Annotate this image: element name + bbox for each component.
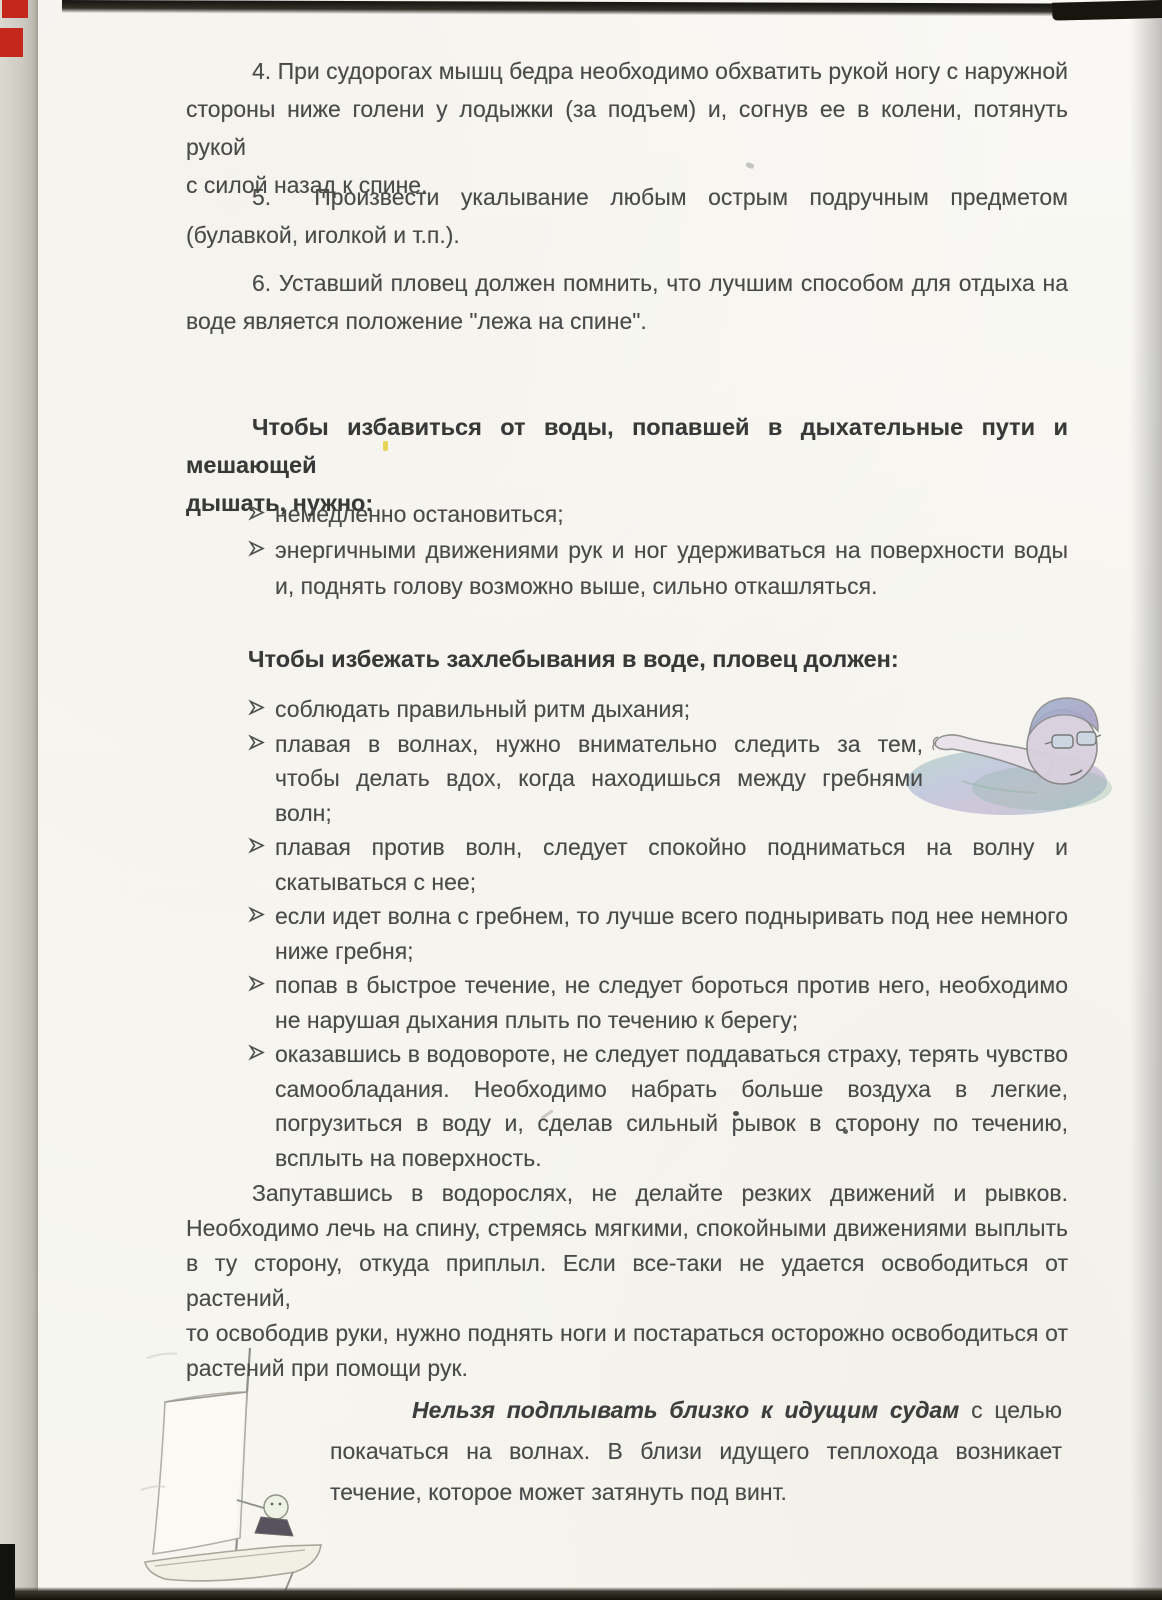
heading-line: Чтобы избавиться от воды, попавшей в дых… — [186, 408, 1068, 484]
red-mark-icon — [0, 28, 23, 57]
paragraph-pin-prick: 5. Произвести укалывание любым острым по… — [186, 178, 1068, 254]
list-item: плавая против волн, следует спокойно под… — [248, 830, 1068, 899]
arrow-bullet-icon — [248, 532, 275, 562]
scan-edge-top — [62, 0, 1162, 17]
list-item: оказавшись в водовороте, не следует подд… — [248, 1037, 1068, 1175]
red-mark-icon — [2, 0, 28, 18]
text-line: энергичными движениями рук и ног удержив… — [275, 532, 1068, 568]
list-avoid-choking: соблюдать правильный ритм дыхания; плава… — [248, 692, 1068, 1175]
text-line: (булавкой, иголкой и т.п.). — [186, 216, 1068, 254]
list-item: соблюдать правильный ритм дыхания; — [248, 692, 1068, 727]
text-line: 5. Произвести укалывание любым острым по… — [186, 178, 1068, 216]
text-line: течение, которое может затянуть под винт… — [330, 1472, 1062, 1513]
arrow-bullet-icon — [248, 496, 275, 526]
scan-edge-right — [1130, 0, 1162, 1600]
text-line: не нарушая дыхания плыть по течению к бе… — [275, 1003, 1068, 1038]
list-clear-airways: немедленно остановиться; энергичными дви… — [248, 496, 1068, 604]
list-item: плавая в волнах, нужно внимательно следи… — [248, 727, 1068, 831]
scan-edge-bottom — [0, 1587, 1162, 1600]
scanned-document-page: 4. При судорогах мышц бедра необходимо о… — [0, 0, 1162, 1600]
text-line: ниже гребня; — [275, 934, 1068, 969]
text-line: плавая в волнах, нужно внимательно следи… — [275, 727, 923, 762]
ships-warning-emphasis: Нельзя подплывать близко к идущим судам — [412, 1397, 959, 1423]
ships-warning-rest: с целью — [971, 1397, 1062, 1423]
heading-avoid-choking: Чтобы избежать захлебывания в воде, плов… — [248, 640, 1068, 678]
text-line: погрузиться в воду и, сделав сильный рыв… — [275, 1106, 1068, 1141]
text-line: немедленно остановиться; — [275, 496, 1068, 532]
scan-corner-bottom-left — [0, 1544, 15, 1600]
text-line: оказавшись в водовороте, не следует подд… — [275, 1037, 1068, 1072]
text-line: скатываться с нее; — [275, 865, 1068, 900]
text-line: 4. При судорогах мышц бедра необходимо о… — [186, 52, 1068, 90]
text-line: в ту сторону, откуда приплыл. Если все-т… — [186, 1246, 1068, 1316]
text-line: 6. Уставший пловец должен помнить, что л… — [186, 264, 1068, 302]
list-item: если идет волна с гребнем, то лучше всег… — [248, 899, 1068, 968]
list-item: энергичными движениями рук и ног удержив… — [248, 532, 1068, 604]
text-line: чтобы делать вдох, когда находишься межд… — [275, 761, 923, 796]
arrow-bullet-icon — [248, 968, 275, 997]
text-line: всплыть на поверхность. — [275, 1141, 1068, 1176]
scan-speck — [383, 441, 388, 451]
paragraph-rest-on-back: 6. Уставший пловец должен помнить, что л… — [186, 264, 1068, 340]
scan-speck — [733, 1111, 739, 1116]
paragraph-ships-warning: Нельзя подплывать близко к идущим судам … — [330, 1390, 1062, 1513]
text-line: растений при помощи рук. — [186, 1351, 1068, 1386]
text-line: Нельзя подплывать близко к идущим судам … — [330, 1390, 1062, 1431]
list-item: попав в быстрое течение, не следует боро… — [248, 968, 1068, 1037]
heading-line: Чтобы избежать захлебывания в воде, плов… — [248, 640, 1068, 678]
scan-speck — [843, 1129, 848, 1134]
text-line: соблюдать правильный ритм дыхания; — [275, 692, 1068, 727]
text-line: покачаться на волнах. В близи идущего те… — [330, 1431, 1062, 1472]
text-line: волн; — [275, 796, 923, 831]
text-line: воде является положение "лежа на спине". — [186, 302, 1068, 340]
arrow-bullet-icon — [248, 830, 275, 859]
text-line: плавая против волн, следует спокойно под… — [275, 830, 1068, 865]
text-line: Необходимо лечь на спину, стремясь мягки… — [186, 1211, 1068, 1246]
arrow-bullet-icon — [248, 692, 275, 721]
arrow-bullet-icon — [248, 727, 275, 756]
scan-edge-left — [0, 0, 38, 1600]
text-line: если идет волна с гребнем, то лучше всег… — [275, 899, 1068, 934]
text-line: Запутавшись в водорослях, не делайте рез… — [186, 1176, 1068, 1211]
text-line: попав в быстрое течение, не следует боро… — [275, 968, 1068, 1003]
paragraph-seaweed: Запутавшись в водорослях, не делайте рез… — [186, 1176, 1068, 1386]
text-line: стороны ниже голени у лодыжки (за подъем… — [186, 90, 1068, 166]
text-line: то освободив руки, нужно поднять ноги и … — [186, 1316, 1068, 1351]
arrow-bullet-icon — [248, 1037, 275, 1066]
arrow-bullet-icon — [248, 899, 275, 928]
text-line: и, поднять голову возможно выше, сильно … — [275, 568, 1068, 604]
text-line: самообладания. Необходимо набрать больше… — [275, 1072, 1068, 1107]
list-item: немедленно остановиться; — [248, 496, 1068, 532]
scan-edge-top-right — [1052, 0, 1162, 21]
